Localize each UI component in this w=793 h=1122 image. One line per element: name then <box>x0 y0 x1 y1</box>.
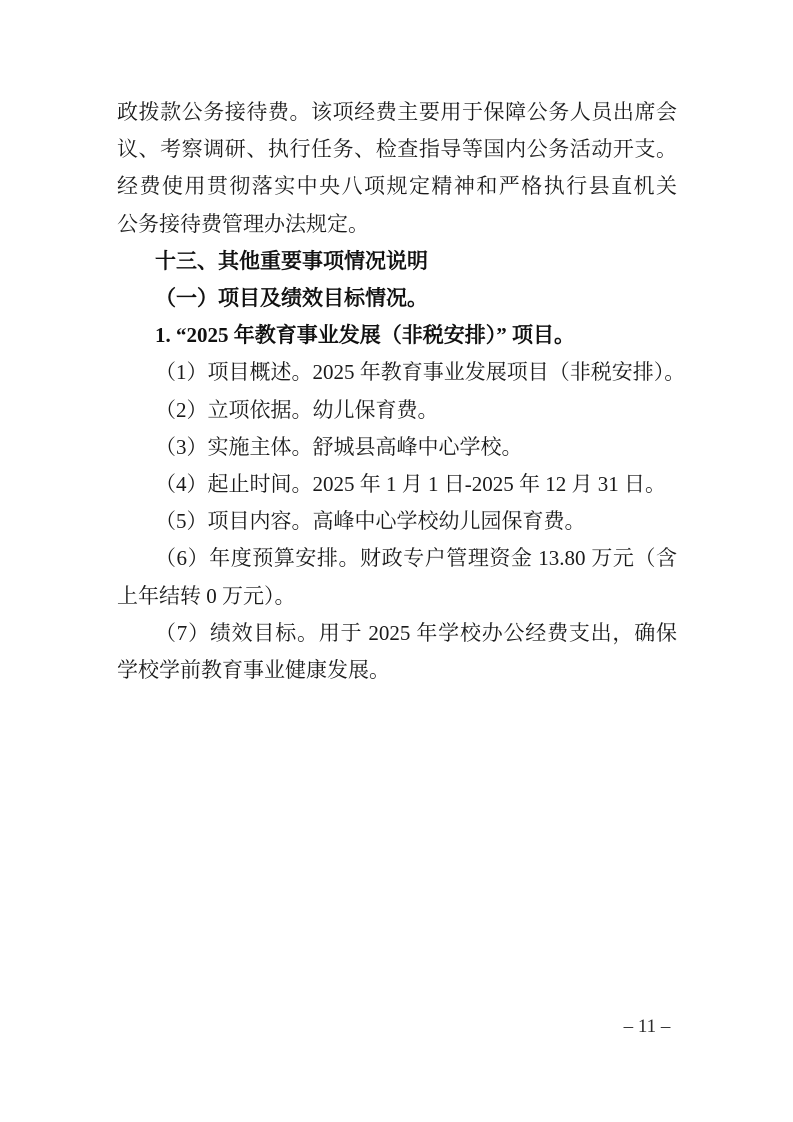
project-item-line: （4）起止时间。2025 年 1 月 1 日-2025 年 12 月 31 日。 <box>117 466 677 503</box>
project-item-line: （6）年度预算安排。财政专户管理资金 13.80 万元（含 <box>117 540 677 577</box>
subsection-heading: （一）项目及绩效目标情况。 <box>117 280 677 317</box>
project-title: 1. “2025 年教育事业发展（非税安排）” 项目。 <box>117 317 677 354</box>
body-text-line: 经费使用贯彻落实中央八项规定精神和严格执行县直机关 <box>117 168 677 205</box>
document-page: 政拨款公务接待费。该项经费主要用于保障公务人员出席会 议、考察调研、执行任务、检… <box>0 0 793 1122</box>
document-body: 政拨款公务接待费。该项经费主要用于保障公务人员出席会 议、考察调研、执行任务、检… <box>117 94 677 689</box>
section-heading: 十三、其他重要事项情况说明 <box>117 243 677 280</box>
project-item-line: 上年结转 0 万元）。 <box>117 578 677 615</box>
project-item-line: （2）立项依据。幼儿保育费。 <box>117 392 677 429</box>
project-item-line: （1）项目概述。2025 年教育事业发展项目（非税安排）。 <box>117 354 677 391</box>
body-text-line: 政拨款公务接待费。该项经费主要用于保障公务人员出席会 <box>117 94 677 131</box>
body-text-line: 议、考察调研、执行任务、检查指导等国内公务活动开支。 <box>117 131 677 168</box>
project-item-line: 学校学前教育事业健康发展。 <box>117 652 677 689</box>
project-item-line: （7）绩效目标。用于 2025 年学校办公经费支出，确保 <box>117 615 677 652</box>
page-number: – 11 – <box>603 1014 691 1040</box>
project-item-line: （5）项目内容。高峰中心学校幼儿园保育费。 <box>117 503 677 540</box>
body-text-line: 公务接待费管理办法规定。 <box>117 206 677 243</box>
project-item-line: （3）实施主体。舒城县高峰中心学校。 <box>117 429 677 466</box>
